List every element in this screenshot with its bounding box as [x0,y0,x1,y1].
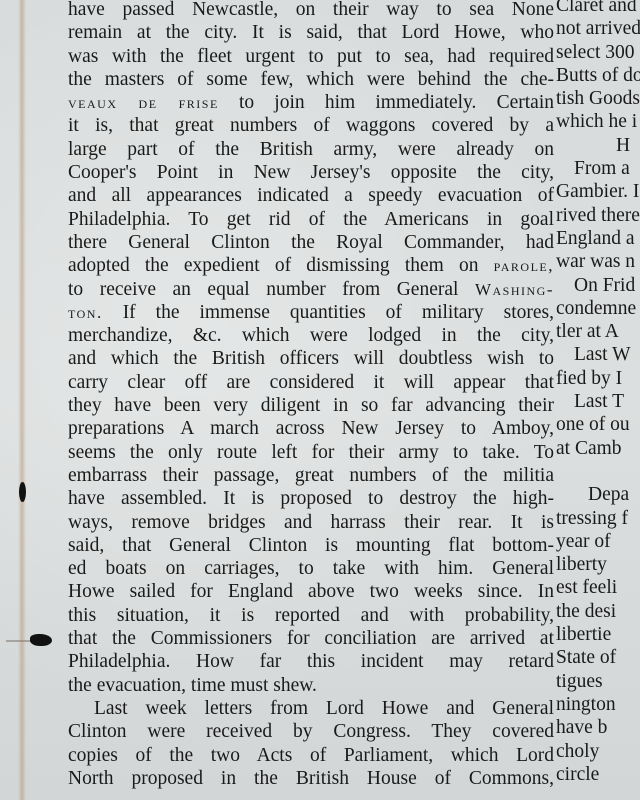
text-line: fied by I [556,367,640,390]
paragraph-start: From a [556,157,640,180]
newspaper-page: have passed Newcastle, on their way to s… [0,0,640,800]
text-line: large part of the British army, were alr… [68,138,554,161]
text-line: ways, remove bridges and harrass their r… [68,511,554,534]
main-article-column: have passed Newcastle, on their way to s… [68,0,554,790]
paragraph-start: Last week letters from Lord Howe and Gen… [68,697,554,720]
text-line: copies of the two Acts of Parliament, wh… [68,744,554,767]
text-line: not arrived [556,17,640,40]
text-line: there General Clinton the Royal Commande… [68,231,554,254]
binding-hole [30,634,52,646]
text-line: rived there [556,204,640,227]
paragraph-start: On Frid [556,274,640,297]
small-caps-term: ton. [68,303,103,322]
text-line: war was n [556,250,640,273]
text-line: embarrass their passage, great numbers o… [68,464,554,487]
text-line: choly [556,740,640,763]
small-caps-term: veaux de frise [68,93,219,112]
paragraph-start: Last W [556,343,640,366]
text-line: circle [556,763,640,786]
text-line: Howe sailed for England above two weeks … [68,580,554,603]
text-line: Claret and [556,0,640,17]
text-line: that the Commissioners for conciliation … [68,627,554,650]
text-line: Philadelphia. To get rid of the American… [68,208,554,231]
paragraph-start: Last T [556,390,640,413]
text-line: have passed Newcastle, on their way to s… [68,0,554,21]
text-line: preparations A march across New Jersey t… [68,417,554,440]
text-line: ton. If the immense quantities of milita… [68,301,554,324]
paragraph-start: Depa [556,483,640,506]
section-heading: H [556,134,640,157]
text-line: to receive an equal number from General … [68,278,554,301]
text-line: select 300 C [556,41,640,64]
text-line: tigues [556,670,640,693]
text-line: have b [556,716,640,739]
text-line: one of ou [556,413,640,436]
text-line: State of [556,646,640,669]
text-line: said, that General Clinton is mounting f… [68,534,554,557]
text-line: North proposed in the British House of C… [68,767,554,790]
small-caps-term: Washing- [475,280,554,299]
small-caps-term: parole, [494,256,554,275]
text-line: seems the only route left for their army… [68,441,554,464]
text-line: England a [556,227,640,250]
text-line: the desi [556,600,640,623]
text-line: condemne [556,297,640,320]
right-column-cropped: Claret and not arrived select 300 C Butt… [556,0,640,786]
text-line: they have been very diligent in so far a… [68,394,554,417]
text-line: liberty [556,553,640,576]
text-line: tler at A [556,320,640,343]
text-line: est feeli [556,576,640,599]
text-line: Philadelphia. How far this incident may … [68,650,554,673]
text-line: at Camb [556,437,640,460]
text-line: libertie [556,623,640,646]
binding-hole [19,482,26,502]
text-line: which he i [556,110,640,133]
text-line: ed boats on carriages, to take with him.… [68,557,554,580]
text-line: merchandize, &c. which were lodged in th… [68,324,554,347]
text-line: Cooper's Point in New Jersey's opposite … [68,161,554,184]
text-line: have assembled. It is proposed to destro… [68,487,554,510]
text-line: Butts of do [556,64,640,87]
text-line: and which the British officers will doub… [68,347,554,370]
page-fold-stain [18,0,26,800]
text-line: remain at the city. It is said, that Lor… [68,21,554,44]
text-line: Clinton were received by Congress. They … [68,720,554,743]
text-line: Gambier. I [556,180,640,203]
text-line: adopted the expedient of dismissing them… [68,254,554,277]
text-line: the evacuation, time must shew. [68,674,554,697]
text-line: carry clear off are considered it will a… [68,371,554,394]
text-line: the masters of some few, which were behi… [68,68,554,91]
text-line: this situation, it is reported and with … [68,604,554,627]
text-line: it is, that great numbers of waggons cov… [68,114,554,137]
spacer [556,460,640,483]
text-line: was with the fleet urgent to put to sea,… [68,45,554,68]
text-line: tish Goods, [556,87,640,110]
text-line: and all appearances indicated a speedy e… [68,184,554,207]
text-line: veaux de frise to join him immediately. … [68,91,554,114]
text-line: nington [556,693,640,716]
text-line: year of [556,530,640,553]
text-line: tressing f [556,507,640,530]
